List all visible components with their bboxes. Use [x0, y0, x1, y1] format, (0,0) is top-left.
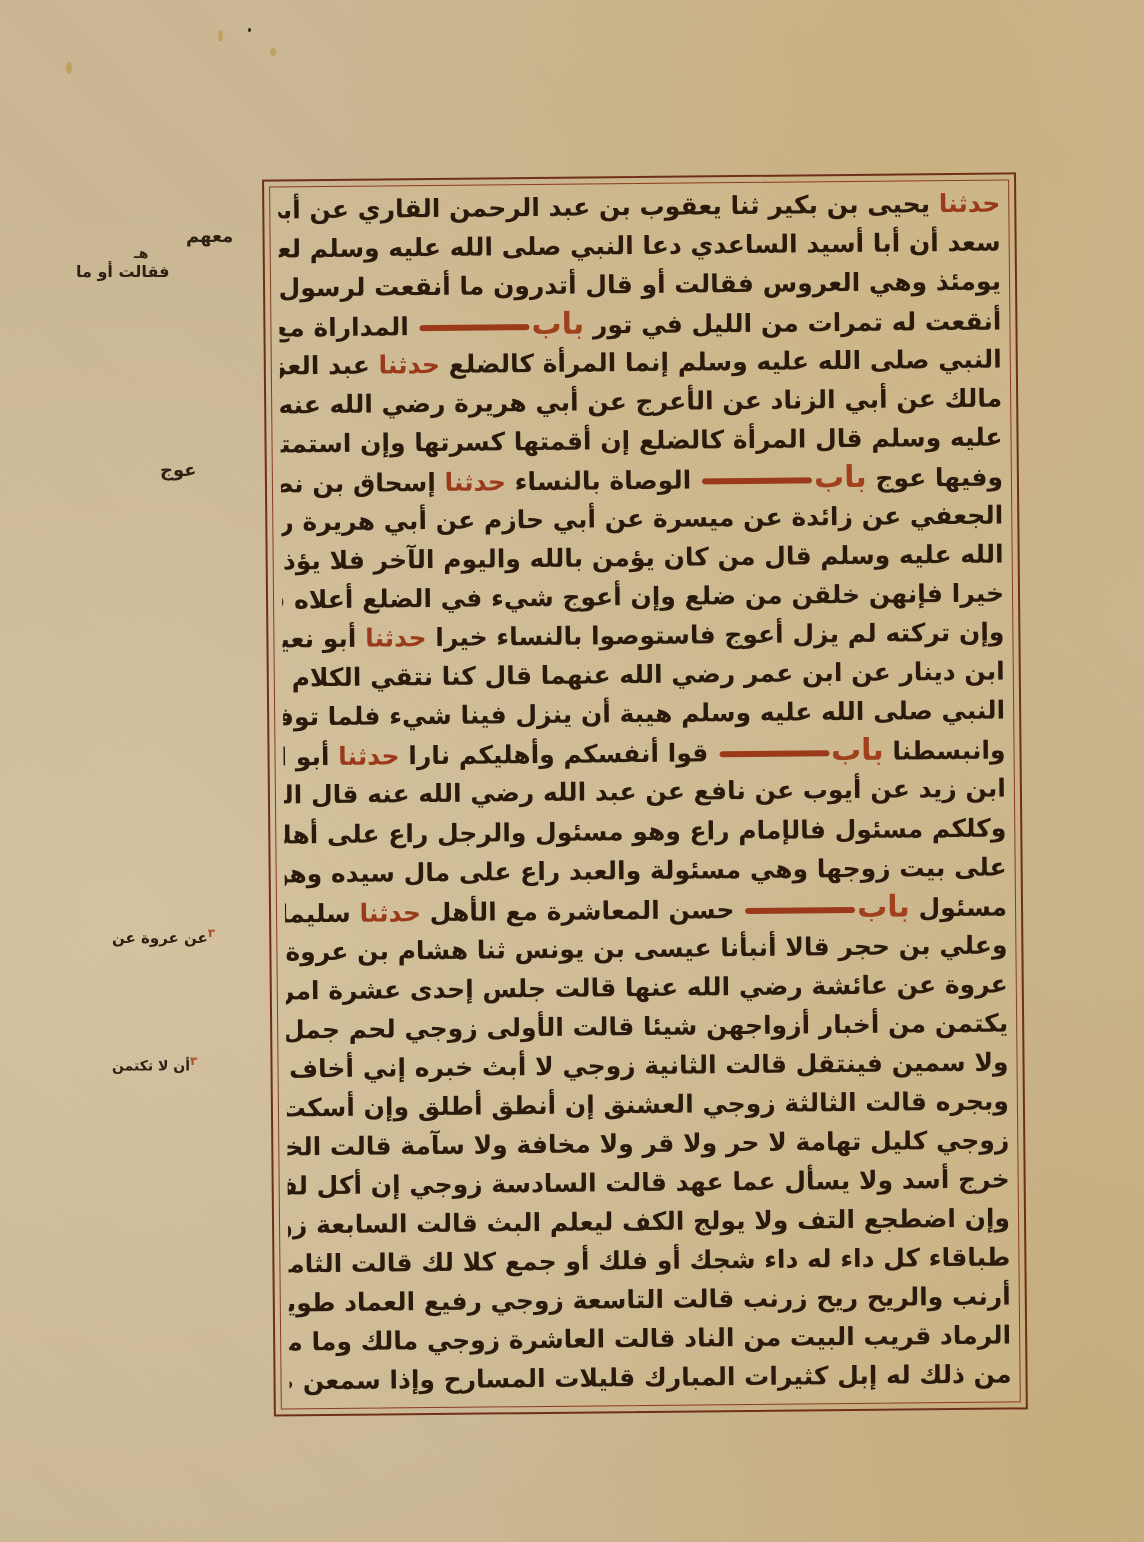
text-line: أرنب والريح ريح زرنب قالت التاسعة زوجي ر… [289, 1279, 1011, 1320]
text-line: وفيها عوج باب الوصاة بالنساء حدثنا إسحاق… [281, 460, 1003, 501]
line-text: أرنب والريح ريح زرنب قالت التاسعة زوجي ر… [289, 1281, 1011, 1319]
text-line: خيرا فإنهن خلقن من ضلع وإن أعوج شيء في ا… [282, 577, 1004, 618]
margin-note-4: ٣عن عروة عن [112, 926, 215, 947]
text-line: وعلي بن حجر قالا أنبأنا عيسى بن يونس ثنا… [285, 928, 1007, 969]
line-text: الرماد قريب البيت من الناد قالت العاشرة … [289, 1320, 1011, 1357]
paper-stain [248, 28, 251, 32]
line-text: يومئذ وهي العروس فقالت أو قال أتدرون ما … [279, 267, 1001, 306]
line-text: ولا سمين فينتقل قالت الثانية زوجي لا أبث… [286, 1047, 1008, 1086]
chapter-title: حسن المعاشرة مع الأهل [430, 895, 735, 927]
line-text: وإن اضطجع التف ولا يولج الكف ليعلم البث … [288, 1203, 1010, 1241]
line-text: يكتمن من أخبار أزواجهن شيئا قالت الأولى … [286, 1008, 1008, 1047]
margin-note-3: عوج [160, 460, 197, 481]
line-text: يحيى بن بكير ثنا يعقوب بن عبد الرحمن الق… [278, 189, 930, 227]
line-text: عروة عن عائشة رضي الله عنها قالت جلس إحد… [286, 969, 1008, 1008]
text-line: الجعفي عن زائدة عن ميسرة عن أبي حازم عن … [281, 499, 1003, 540]
line-text: مالك عن أبي الزناد عن الأعرج عن أبي هرير… [280, 384, 1002, 423]
rubric-haddathana: حدثنا [359, 898, 421, 928]
text-line: وإن تركته لم يزل أعوج فاستوصوا بالنساء خ… [282, 616, 1004, 657]
line-text: الله عليه وسلم قال من كان يؤمن بالله وال… [282, 540, 1004, 579]
text-line: النبي صلى الله عليه وسلم هيبة أن ينزل في… [283, 694, 1005, 735]
paper-stain [270, 48, 276, 56]
text-line: وانبسطنا باب قوا أنفسكم وأهليكم نارا حدث… [283, 733, 1005, 774]
line-text: على بيت زوجها وهي مسئولة والعبد راع على … [285, 852, 1007, 891]
paper-stain [218, 30, 223, 42]
line-text: وإن تركته لم يزل أعوج فاستوصوا بالنساء خ… [435, 618, 1004, 652]
text-line: طباقاء كل داء له داء شجك أو فلك أو جمع ك… [288, 1240, 1010, 1281]
text-frame-outer: حدثنا يحيى بن بكير ثنا يعقوب بن عبد الرح… [262, 172, 1028, 1416]
line-text: النبي صلى الله عليه وسلم إنما المرأة كال… [449, 345, 1002, 379]
line-text: وعلي بن حجر قالا أنبأنا عيسى بن يونس ثنا… [285, 930, 1007, 969]
line-text: أنقعت له تمرات من الليل في تور [593, 307, 1002, 340]
text-line: أنقعت له تمرات من الليل في تور باب المدا… [279, 304, 1001, 345]
chapter-title: قوا أنفسكم وأهليكم نارا [408, 739, 708, 771]
rubric-haddathana: حدثنا [338, 742, 400, 772]
text-line: على بيت زوجها وهي مسئولة والعبد راع على … [285, 850, 1007, 891]
line-text: عبد العزيز بن عبد الله حدثني [280, 351, 370, 383]
text-line: يكتمن من أخبار أزواجهن شيئا قالت الأولى … [286, 1006, 1008, 1047]
text-line: عروة عن عائشة رضي الله عنها قالت جلس إحد… [286, 967, 1008, 1008]
text-line: وكلكم مسئول فالإمام راع وهو مسئول والرجل… [284, 811, 1006, 852]
bab-flourish [702, 478, 812, 485]
text-line: مسئول باب حسن المعاشرة مع الأهل حدثنا سل… [285, 889, 1007, 930]
bab-flourish [719, 751, 829, 758]
margin-note-4-text: عن عروة عن [112, 929, 208, 947]
rubric-haddathana: حدثنا [378, 350, 440, 380]
line-text: سليمان بن عبد الرحمن [285, 898, 351, 930]
line-text: سعد أن أبا أسيد الساعدي دعا النبي صلى ال… [279, 228, 1001, 267]
text-line: حدثنا يحيى بن بكير ثنا يعقوب بن عبد الرح… [278, 187, 1000, 228]
text-line: وبجره قالت الثالثة زوجي العشنق إن أنطق أ… [287, 1084, 1009, 1125]
chapter-title: المداراة مع النساء وقول [279, 312, 409, 344]
line-text: الجعفي عن زائدة عن ميسرة عن أبي حازم عن … [281, 501, 1003, 540]
text-line: زوجي كليل تهامة لا حر ولا قر ولا مخافة و… [287, 1123, 1009, 1164]
paper-stain [66, 62, 72, 74]
rubric-haddathana: حدثنا [444, 468, 506, 498]
line-text: وانبسطنا [892, 736, 1005, 766]
rubric-haddathana: حدثنا [365, 623, 427, 653]
reference-mark: ٣ [190, 1054, 197, 1068]
line-text: إسحاق بن نصر ثنا حسين [281, 468, 436, 500]
line-text: خرج أسد ولا يسأل عما عهد قالت السادسة زو… [288, 1164, 1010, 1202]
bab-flourish [420, 324, 530, 331]
chapter-heading-bab: باب [831, 733, 884, 769]
rubric-haddathana: حدثنا [939, 189, 1001, 219]
text-line: النبي صلى الله عليه وسلم إنما المرأة كال… [280, 343, 1002, 384]
margin-note-5-text: أن لا تكتمن [112, 1059, 190, 1075]
margin-note-5: ٣أن لا تكتمن [112, 1054, 197, 1075]
text-line: ابن زيد عن أيوب عن نافع عن عبد الله رضي … [284, 772, 1006, 813]
text-line: الله عليه وسلم قال من كان يؤمن بالله وال… [282, 538, 1004, 579]
margin-note-1: معهم [186, 226, 233, 247]
text-line: ابن دينار عن ابن عمر رضي الله عنهما قال … [283, 655, 1005, 696]
text-line: وإن اضطجع التف ولا يولج الكف ليعلم البث … [288, 1201, 1010, 1242]
text-line: الرماد قريب البيت من الناد قالت العاشرة … [289, 1318, 1011, 1359]
text-line: عليه وسلم قال المرأة كالضلع إن أقمتها كس… [280, 421, 1002, 462]
bab-flourish [745, 907, 855, 914]
line-text: خيرا فإنهن خلقن من ضلع وإن أعوج شيء في ا… [282, 579, 1004, 618]
line-text: مسئول [918, 892, 1007, 922]
line-text: وفيها عوج [875, 463, 1003, 493]
text-line: مالك عن أبي الزناد عن الأعرج عن أبي هرير… [280, 382, 1002, 423]
line-text: ابن زيد عن أيوب عن نافع عن عبد الله رضي … [284, 774, 1006, 813]
line-text: أبو النعمان ثنا حماد [283, 742, 329, 773]
reference-mark: ٣ [208, 926, 215, 940]
manuscript-text-block: حدثنا يحيى بن بكير ثنا يعقوب بن عبد الرح… [278, 187, 1012, 1399]
text-line: سعد أن أبا أسيد الساعدي دعا النبي صلى ال… [279, 226, 1001, 267]
line-text: وكلكم مسئول فالإمام راع وهو مسئول والرجل… [284, 813, 1006, 852]
line-text: وبجره قالت الثالثة زوجي العشنق إن أنطق أ… [287, 1086, 1009, 1124]
chapter-heading-bab: باب [857, 889, 910, 924]
line-text: طباقاء كل داء له داء شجك أو فلك أو جمع ك… [288, 1242, 1010, 1280]
line-text: أبو نعيم ثنا سفيان عن عبد الله [282, 624, 356, 657]
line-text: ابن دينار عن ابن عمر رضي الله عنهما قال … [283, 657, 1005, 696]
line-text: عليه وسلم قال المرأة كالضلع إن أقمتها كس… [280, 423, 1002, 461]
text-line: من ذلك له إبل كثيرات المبارك قليلات المس… [289, 1357, 1011, 1398]
margin-note-2b: فقالت أو ما [76, 262, 169, 281]
line-text: النبي صلى الله عليه وسلم هيبة أن ينزل في… [283, 696, 1005, 735]
text-frame-inner: حدثنا يحيى بن بكير ثنا يعقوب بن عبد الرح… [269, 179, 1021, 1409]
text-line: يومئذ وهي العروس فقالت أو قال أتدرون ما … [279, 265, 1001, 306]
chapter-heading-bab: باب [814, 460, 867, 496]
text-line: خرج أسد ولا يسأل عما عهد قالت السادسة زو… [288, 1162, 1010, 1203]
margin-note-2a: هـ [134, 246, 149, 262]
line-text: من ذلك له إبل كثيرات المبارك قليلات المس… [289, 1359, 1011, 1396]
chapter-title: الوصاة بالنساء [515, 466, 692, 497]
chapter-heading-bab: باب [531, 307, 584, 343]
text-line: ولا سمين فينتقل قالت الثانية زوجي لا أبث… [286, 1045, 1008, 1086]
line-text: زوجي كليل تهامة لا حر ولا قر ولا مخافة و… [287, 1125, 1009, 1164]
